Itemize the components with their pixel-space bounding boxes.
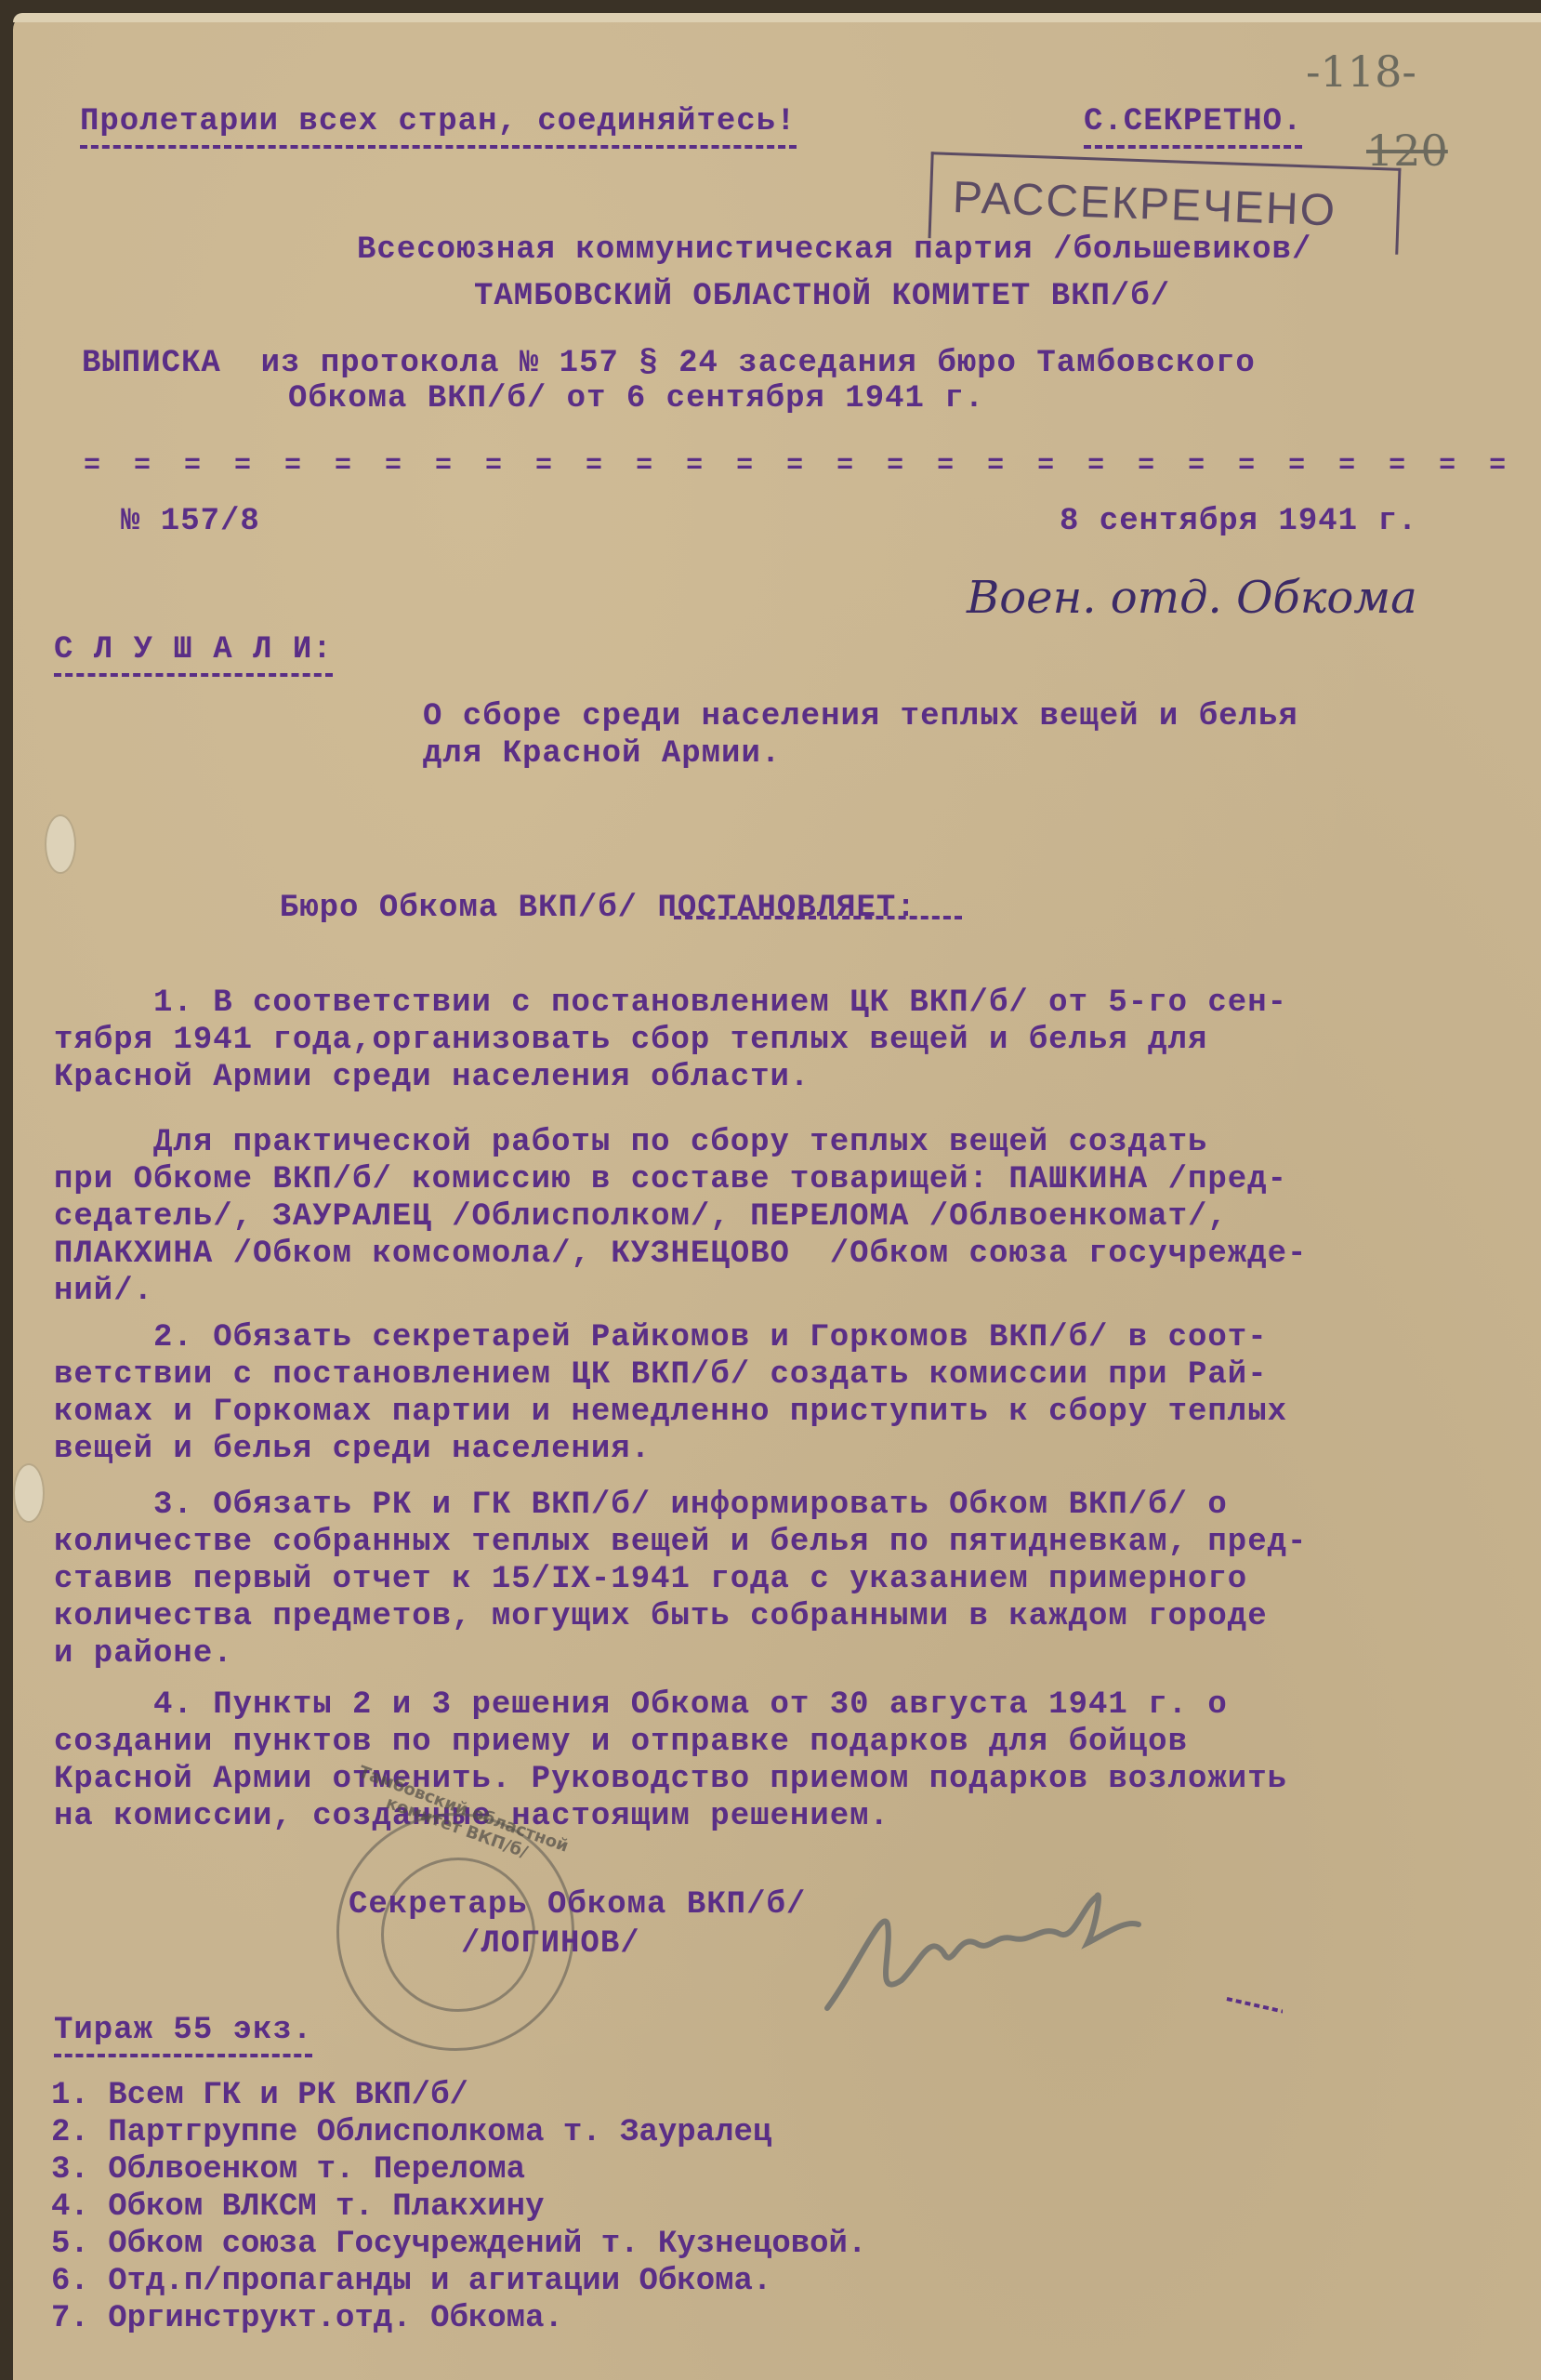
resolved-label-text: Бюро Обкома ВКП/б/ ПОСТАНОВЛЯЕТ:: [280, 891, 916, 926]
distribution-item: 1. Всем ГК и РК ВКП/б/: [51, 2078, 468, 2113]
distribution-item: 5. Обком союза Госучреждений т. Кузнецов…: [51, 2227, 866, 2262]
extract-title-line2: Обкома ВКП/б/ от 6 сентября 1941 г.: [288, 381, 984, 416]
page-number: -118-: [1306, 46, 1416, 97]
item-3-line5: и районе.: [54, 1636, 233, 1672]
handwritten-signature: [818, 1869, 1283, 2036]
extract-title-line1: ВЫПИСКА из протокола № 157 § 24 заседани…: [82, 346, 1256, 381]
distribution-item: 3. Облвоенком т. Перелома: [51, 2152, 525, 2188]
item-2-line4: вещей и белья среди населения.: [54, 1432, 651, 1467]
signature-scribble-icon: [818, 1869, 1283, 2036]
resolved-underline: [674, 916, 962, 919]
heard-topic-line1: О сборе среди населения теплых вещей и б…: [423, 699, 1298, 734]
handwritten-note: Воен. отд. Обкома: [967, 572, 1417, 624]
punch-hole-upper: [45, 814, 76, 874]
signature-title: Секретарь Обкома ВКП/б/: [349, 1887, 806, 1923]
signature-name: /ЛОГИНОВ/: [461, 1926, 640, 1962]
circulation: Тираж 55 экз.: [54, 2013, 312, 2057]
item-4-line2: создании пунктов по приему и отправке по…: [54, 1725, 1188, 1760]
distribution-item: 4. Обком ВЛКСМ т. Плакхину: [51, 2189, 545, 2225]
item-4-line3: Красной Армии отменить. Руководство прие…: [54, 1762, 1287, 1797]
distribution-item: 6. Отд.п/пропаганды и агитации Обкома.: [51, 2264, 771, 2299]
item-1-line3: Красной Армии среди населения области.: [54, 1060, 810, 1095]
distribution-item: 7. Оргинструкт.отд. Обкома.: [51, 2301, 563, 2336]
item-3-line1: 3. Обязать РК и ГК ВКП/б/ информировать …: [54, 1487, 1228, 1523]
page-edge: [13, 13, 1541, 22]
item-2-line3: комах и Горкомах партии и немедленно при…: [54, 1395, 1287, 1430]
commission-line5: ний/.: [54, 1274, 153, 1309]
item-3-line3: ставив первый отчет к 15/IX-1941 года с …: [54, 1562, 1247, 1597]
item-3-line2: количестве собранных теплых вещей и бель…: [54, 1525, 1307, 1560]
commission-line1: Для практической работы по сбору теплых …: [54, 1125, 1207, 1160]
commission-line2: при Обкоме ВКП/б/ комиссию в составе тов…: [54, 1162, 1287, 1197]
item-2-line1: 2. Обязать секретарей Райкомов и Горкомо…: [54, 1320, 1268, 1355]
slogan: Пролетарии всех стран, соединяйтесь!: [80, 104, 797, 149]
item-3-line4: количества предметов, могущих быть собра…: [54, 1599, 1268, 1634]
heard-topic-line2: для Красной Армии.: [423, 736, 781, 772]
item-1-line1: 1. В соответствии с постановлением ЦК ВК…: [54, 985, 1287, 1021]
item-1-line2: тября 1941 года,организовать сбор теплых…: [54, 1023, 1207, 1058]
commission-line3: седатель/, ЗАУРАЛЕЦ /Облисполком/, ПЕРЕЛ…: [54, 1199, 1228, 1235]
separator-line: = = = = = = = = = = = = = = = = = = = = …: [84, 450, 1515, 482]
secrecy-marking: С.СЕКРЕТНО.: [1084, 104, 1302, 149]
declassified-stamp-text: РАССЕКРЕЧЕНО: [952, 172, 1337, 236]
commission-line4: ПЛАКХИНА /Обком комсомола/, КУЗНЕЦОВО /О…: [54, 1236, 1307, 1272]
party-name: Всесоюзная коммунистическая партия /боль…: [357, 232, 1311, 268]
heard-label: С Л У Ш А Л И:: [54, 632, 333, 677]
punch-hole-lower: [13, 1463, 45, 1523]
item-2-line2: ветствии с постановлением ЦК ВКП/б/ созд…: [54, 1357, 1268, 1393]
distribution-item: 2. Партгруппе Облисполкома т. Зауралец: [51, 2115, 771, 2150]
document-number: № 157/8: [121, 504, 260, 539]
item-4-line1: 4. Пункты 2 и 3 решения Обкома от 30 авг…: [54, 1687, 1228, 1723]
committee-name: ТАМБОВСКИЙ ОБЛАСТНОЙ КОМИТЕТ ВКП/б/: [474, 279, 1170, 314]
document-date: 8 сентября 1941 г.: [1060, 504, 1417, 539]
